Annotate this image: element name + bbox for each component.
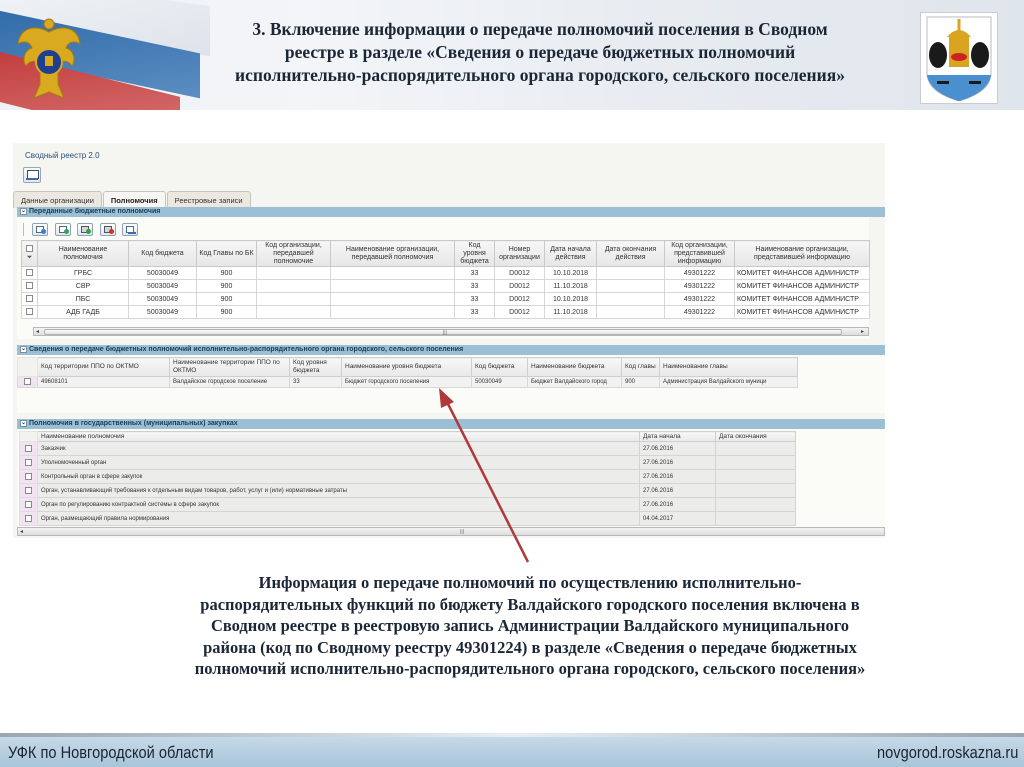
- table-cell: Орган, устанавливающий требования к отде…: [38, 484, 640, 498]
- table-cell: 900: [622, 377, 660, 388]
- table-cell: 49301222: [665, 267, 735, 280]
- table-cell: 33: [455, 293, 495, 306]
- table-cell: [597, 280, 665, 293]
- table-row[interactable]: СВР5003004990033D001211.10.201849301222К…: [22, 280, 870, 293]
- table-cell: 10.10.2018: [545, 267, 597, 280]
- table-cell: [716, 484, 796, 498]
- table-row[interactable]: Орган, размещающий правила нормирования0…: [20, 512, 796, 526]
- checkbox[interactable]: [25, 445, 32, 452]
- slide: 3. Включение информации о передаче полно…: [0, 0, 1024, 767]
- table-cell: [331, 293, 455, 306]
- footer-organization: УФК по Новгородской области: [8, 743, 214, 763]
- table-cell: 27.06.2016: [640, 442, 716, 456]
- horizontal-scrollbar[interactable]: ◂ ||| ▸: [33, 327, 869, 336]
- column-header[interactable]: Наименование полномочия: [38, 241, 129, 267]
- row-checkbox[interactable]: [20, 498, 38, 512]
- row-checkbox[interactable]: [22, 280, 38, 293]
- chevron-down-icon[interactable]: ⌄: [20, 420, 27, 427]
- column-header[interactable]: Код территории ППО по ОКТМО: [38, 358, 170, 377]
- checkbox[interactable]: [24, 378, 31, 385]
- column-header[interactable]: Код бюджета: [472, 358, 528, 377]
- app-title: Сводный реестр 2.0: [25, 151, 100, 160]
- column-header[interactable]: Наименование полномочия: [38, 432, 640, 442]
- checkbox[interactable]: [25, 515, 32, 522]
- row-checkbox[interactable]: [20, 442, 38, 456]
- table-cell: [716, 498, 796, 512]
- row-checkbox[interactable]: [20, 470, 38, 484]
- budget-powers-table: Код территории ППО по ОКТМО Наименование…: [17, 357, 798, 388]
- table-cell: D0012: [495, 293, 545, 306]
- column-header[interactable]: Код главы: [622, 358, 660, 377]
- column-header[interactable]: Дата начала: [640, 432, 716, 442]
- table-row[interactable]: Заказчик27.06.2016: [20, 442, 796, 456]
- column-header[interactable]: Номер организации: [495, 241, 545, 267]
- chevron-down-icon[interactable]: ⌄: [20, 208, 27, 215]
- table-cell: [257, 306, 331, 319]
- table-cell: Заказчик: [38, 442, 640, 456]
- table-row[interactable]: ГРБС5003004990033D001210.10.201849301222…: [22, 267, 870, 280]
- row-checkbox[interactable]: [20, 456, 38, 470]
- table-cell: 900: [197, 280, 257, 293]
- table-cell: 50030049: [129, 306, 197, 319]
- footer-website-link[interactable]: novgorod.roskazna.ru: [877, 743, 1018, 763]
- column-header[interactable]: Дата начала действия: [545, 241, 597, 267]
- table-row[interactable]: Уполномоченный орган27.06.2016: [20, 456, 796, 470]
- row-checkbox[interactable]: [20, 512, 38, 526]
- table-cell: 27.06.2016: [640, 470, 716, 484]
- column-header[interactable]: Наименование уровня бюджета: [342, 358, 472, 377]
- app-window: Сводный реестр 2.0 Данные организации По…: [13, 143, 885, 538]
- table-cell: Орган по регулированию контрактной систе…: [38, 498, 640, 512]
- table-cell: 900: [197, 293, 257, 306]
- explanation-note: Информация о передаче полномочий по осущ…: [100, 572, 960, 680]
- table-cell: [257, 293, 331, 306]
- column-header[interactable]: Наименование территории ППО по ОКТМО: [170, 358, 290, 377]
- tab-powers[interactable]: Полномочия: [103, 191, 166, 208]
- treasury-eagle-emblem-icon: [14, 14, 84, 104]
- checkbox-column-header: [18, 358, 38, 377]
- column-header[interactable]: Код уровня бюджета: [290, 358, 342, 377]
- note-line: Информация о передаче полномочий по осущ…: [100, 572, 960, 594]
- table-cell: [331, 306, 455, 319]
- view-record-icon[interactable]: [55, 223, 71, 236]
- table-cell: КОМИТЕТ ФИНАНСОВ АДМИНИСТР: [735, 280, 870, 293]
- title-line: 3. Включение информации о передаче полно…: [180, 18, 900, 41]
- table-cell: [257, 280, 331, 293]
- table-cell: [716, 470, 796, 484]
- table-cell: [331, 267, 455, 280]
- title-line: исполнительно-распорядительного органа г…: [180, 64, 900, 87]
- procurement-powers-table: Наименование полномочия Дата начала Дата…: [19, 431, 796, 526]
- table-header-row: Код территории ППО по ОКТМО Наименование…: [18, 358, 798, 377]
- checkbox[interactable]: [25, 501, 32, 508]
- table-cell: 27.06.2016: [640, 456, 716, 470]
- table-cell: КОМИТЕТ ФИНАНСОВ АДМИНИСТР: [735, 293, 870, 306]
- table-cell: 27.06.2016: [640, 484, 716, 498]
- footer: УФК по Новгородской области novgorod.ros…: [0, 733, 1024, 767]
- checkbox[interactable]: [25, 459, 32, 466]
- table-row[interactable]: ПБС5003004990033D001210.10.201849301222К…: [22, 293, 870, 306]
- checkbox-column-header: [20, 432, 38, 442]
- table-cell: 10.10.2018: [545, 293, 597, 306]
- note-line: полномочий исполнительно-распорядительно…: [100, 658, 960, 680]
- column-header[interactable]: Код Главы по БК: [197, 241, 257, 267]
- table-cell: 50030049: [129, 280, 197, 293]
- section-title: Переданные бюджетные полномочия: [29, 208, 160, 215]
- checkbox[interactable]: [25, 473, 32, 480]
- table-cell: [716, 512, 796, 526]
- table-cell: Администрация Валдайского муници: [660, 377, 798, 388]
- scroll-right-icon[interactable]: ▸: [861, 328, 864, 335]
- transferred-powers-table: ⏷ Наименование полномочия Код бюджета Ко…: [21, 240, 870, 319]
- tab-bar: Данные организации Полномочия Реестровые…: [13, 191, 252, 208]
- table-cell: 900: [197, 306, 257, 319]
- table-cell: Валдайское городское поселение: [170, 377, 290, 388]
- table-cell: D0012: [495, 306, 545, 319]
- table-cell: 49301222: [665, 280, 735, 293]
- table-cell: 900: [197, 267, 257, 280]
- column-header[interactable]: Наименование организации, представившей …: [735, 241, 870, 267]
- printer-icon[interactable]: [23, 167, 41, 183]
- section-procurement-powers-header[interactable]: ⌄ Полномочия в государственных (муниципа…: [17, 419, 885, 429]
- table-cell: ГРБС: [38, 267, 129, 280]
- section-title: Полномочия в государственных (муниципаль…: [29, 420, 238, 427]
- column-header[interactable]: Код бюджета: [129, 241, 197, 267]
- row-checkbox[interactable]: [22, 293, 38, 306]
- select-all-checkbox[interactable]: ⏷: [22, 241, 38, 267]
- column-header[interactable]: Код уровня бюджета: [455, 241, 495, 267]
- scroll-left-icon[interactable]: ◂: [20, 528, 23, 535]
- table-cell: [597, 306, 665, 319]
- section-title: Сведения о передаче бюджетных полномочий…: [29, 346, 463, 353]
- table-cell: 33: [290, 377, 342, 388]
- table-cell: [331, 280, 455, 293]
- table-cell: Контрольный орган в сфере закупок: [38, 470, 640, 484]
- table-cell: 49301222: [665, 306, 735, 319]
- column-header[interactable]: Дата окончания: [716, 432, 796, 442]
- note-line: Сводном реестре в реестровую запись Адми…: [100, 615, 960, 637]
- table-cell: D0012: [495, 280, 545, 293]
- table-cell: 04.04.2017: [640, 512, 716, 526]
- row-checkbox[interactable]: [22, 267, 38, 280]
- table-cell: Орган, размещающий правила нормирования: [38, 512, 640, 526]
- table-header-row: Наименование полномочия Дата начала Дата…: [20, 432, 796, 442]
- table-cell: 11.10.2018: [545, 280, 597, 293]
- coat-of-arms-icon: [921, 13, 997, 103]
- table-row[interactable]: Контрольный орган в сфере закупок27.06.2…: [20, 470, 796, 484]
- table-row[interactable]: 49608101Валдайское городское поселение33…: [18, 377, 798, 388]
- table-cell: 50030049: [129, 293, 197, 306]
- table-cell: [597, 293, 665, 306]
- add-record-icon[interactable]: [32, 223, 48, 236]
- checkbox[interactable]: [26, 295, 33, 302]
- table-cell: Уполномоченный орган: [38, 456, 640, 470]
- note-line: района (код по Сводному реестру 49301224…: [100, 637, 960, 659]
- column-header[interactable]: Наименование главы: [660, 358, 798, 377]
- tab-organization-data[interactable]: Данные организации: [13, 191, 102, 208]
- novgorod-coat-of-arms: [920, 12, 998, 104]
- table-cell: 27.06.2016: [640, 498, 716, 512]
- table-row[interactable]: Орган, устанавливающий требования к отде…: [20, 484, 796, 498]
- table-header-row: ⏷ Наименование полномочия Код бюджета Ко…: [22, 241, 870, 267]
- table-cell: ПБС: [38, 293, 129, 306]
- checkbox[interactable]: [26, 269, 33, 276]
- slide-title: 3. Включение информации о передаче полно…: [180, 18, 900, 87]
- table-cell: КОМИТЕТ ФИНАНСОВ АДМИНИСТР: [735, 306, 870, 319]
- title-line: реестре в разделе «Сведения о передаче б…: [180, 41, 900, 64]
- horizontal-scrollbar[interactable]: ◂ |||: [17, 527, 885, 536]
- checkbox[interactable]: [26, 282, 33, 289]
- print-icon[interactable]: [122, 223, 138, 236]
- table-cell: АДБ ГАДБ: [38, 306, 129, 319]
- column-header[interactable]: Наименование бюджета: [528, 358, 622, 377]
- table-cell: 33: [455, 306, 495, 319]
- section-transferred-powers-header[interactable]: ⌄ Переданные бюджетные полномочия: [17, 207, 885, 217]
- table-cell: 50030049: [472, 377, 528, 388]
- table-cell: [716, 456, 796, 470]
- table-cell: 33: [455, 267, 495, 280]
- table-row[interactable]: Орган по регулированию контрактной систе…: [20, 498, 796, 512]
- filter-apply-icon[interactable]: [77, 223, 93, 236]
- table-cell: D0012: [495, 267, 545, 280]
- checkbox[interactable]: [25, 487, 32, 494]
- table-cell: 49608101: [38, 377, 170, 388]
- note-line: распорядительных функций по бюджету Валд…: [100, 594, 960, 616]
- row-checkbox[interactable]: [20, 484, 38, 498]
- row-checkbox[interactable]: [18, 377, 38, 388]
- chevron-down-icon[interactable]: ⌄: [20, 346, 27, 353]
- table-row[interactable]: АДБ ГАДБ5003004990033D001211.10.20184930…: [22, 306, 870, 319]
- table-cell: [257, 267, 331, 280]
- table-cell: СВР: [38, 280, 129, 293]
- checkbox[interactable]: [26, 308, 33, 315]
- tab-registry-records[interactable]: Реестровые записи: [167, 191, 251, 208]
- table-cell: Бюджет городского поселения: [342, 377, 472, 388]
- section-budget-powers-header[interactable]: ⌄ Сведения о передаче бюджетных полномоч…: [17, 345, 885, 355]
- filter-clear-icon[interactable]: [100, 223, 116, 236]
- column-header[interactable]: Наименование организации, передавшей пол…: [331, 241, 455, 267]
- column-header[interactable]: Дата окончания действия: [597, 241, 665, 267]
- table-cell: [597, 267, 665, 280]
- table-cell: 50030049: [129, 267, 197, 280]
- row-checkbox[interactable]: [22, 306, 38, 319]
- table-cell: Бюджет Валдайского город: [528, 377, 622, 388]
- scroll-left-icon[interactable]: ◂: [36, 328, 39, 335]
- table-cell: 11.10.2018: [545, 306, 597, 319]
- table-cell: КОМИТЕТ ФИНАНСОВ АДМИНИСТР: [735, 267, 870, 280]
- grid-toolbar: [23, 221, 140, 239]
- column-header[interactable]: Код организации, передавшей полномочие: [257, 241, 331, 267]
- table-cell: 33: [455, 280, 495, 293]
- column-header[interactable]: Код организации, представившей информаци…: [665, 241, 735, 267]
- header-banner: 3. Включение информации о передаче полно…: [0, 0, 1024, 110]
- table-cell: [716, 442, 796, 456]
- table-cell: 49301222: [665, 293, 735, 306]
